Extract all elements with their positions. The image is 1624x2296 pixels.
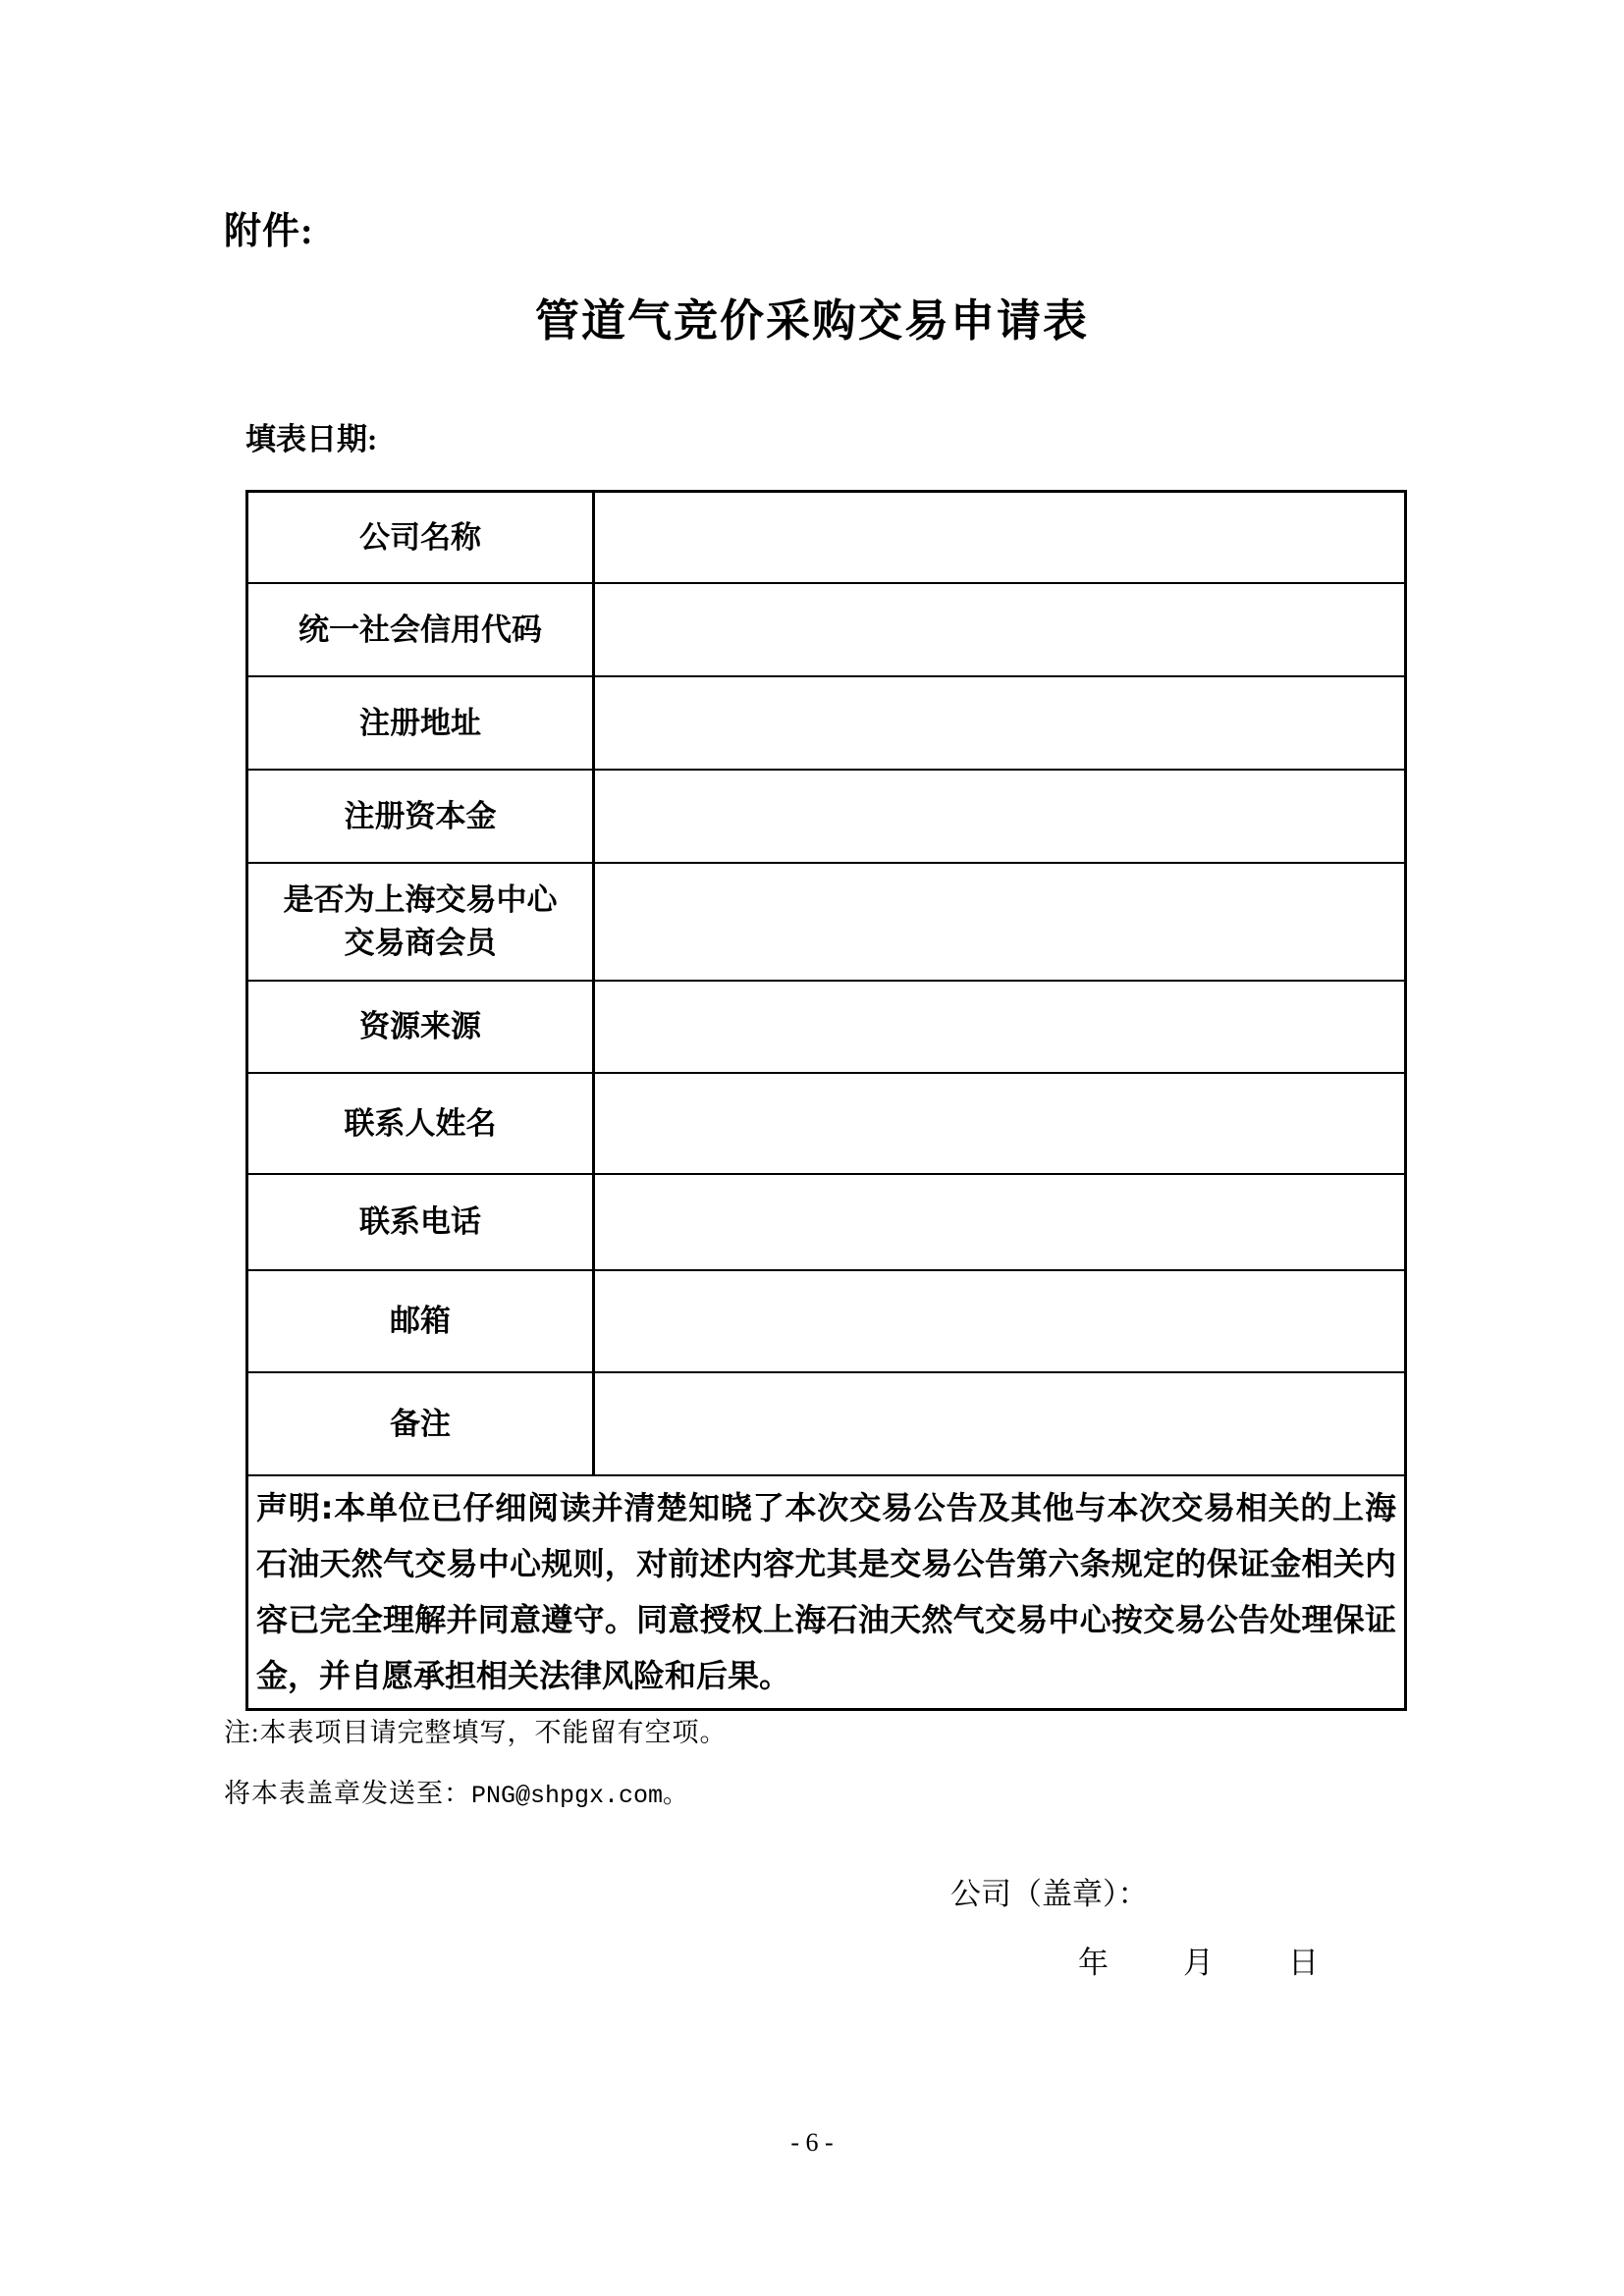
note-send-to-email: PNG@shpgx.com。 xyxy=(471,1782,687,1810)
registered-address-label: 注册地址 xyxy=(248,677,595,769)
date-day-label: 日 xyxy=(1288,1938,1319,1982)
application-form-table: 公司名称 统一社会信用代码 注册地址 注册资本金 是否为上海交易中心 交易商会员… xyxy=(245,490,1407,1711)
remarks-value xyxy=(595,1373,1404,1474)
resource-source-label: 资源来源 xyxy=(248,982,595,1072)
table-row-contact-name: 联系人姓名 xyxy=(248,1074,1404,1175)
fill-date-prefix: 填表 xyxy=(245,422,306,456)
table-row-registered-capital: 注册资本金 xyxy=(248,771,1404,864)
registered-capital-value xyxy=(595,771,1404,862)
company-name-value xyxy=(595,493,1404,582)
member-status-value xyxy=(595,864,1404,980)
contact-phone-value xyxy=(595,1175,1404,1269)
credit-code-value xyxy=(595,584,1404,675)
resource-source-value xyxy=(595,982,1404,1072)
email-label: 邮箱 xyxy=(248,1271,595,1371)
page-number: - 6 - xyxy=(0,2128,1624,2158)
document-title: 管道气竞价采购交易申请表 xyxy=(0,285,1624,348)
date-month-label: 月 xyxy=(1183,1938,1214,1982)
declaration-text: 声明:本单位已仔细阅读并清楚知晓了本次交易公告及其他与本次交易相关的上海石油天然… xyxy=(248,1476,1404,1708)
table-row-email: 邮箱 xyxy=(248,1271,1404,1373)
member-status-label: 是否为上海交易中心 交易商会员 xyxy=(248,864,595,980)
fill-date-suffix: 期: xyxy=(337,422,377,456)
registered-address-value xyxy=(595,677,1404,769)
table-row-remarks: 备注 xyxy=(248,1373,1404,1476)
attachment-label: 附件: xyxy=(224,200,314,254)
table-row-company-name: 公司名称 xyxy=(248,493,1404,584)
credit-code-label: 统一社会信用代码 xyxy=(248,584,595,675)
contact-name-label: 联系人姓名 xyxy=(248,1074,595,1173)
note-fill-completely: 注:本表项目请完整填写，不能留有空项。 xyxy=(224,1711,728,1749)
table-row-credit-code: 统一社会信用代码 xyxy=(248,584,1404,677)
table-row-member-status: 是否为上海交易中心 交易商会员 xyxy=(248,864,1404,982)
company-seal-label: 公司（盖章）： xyxy=(950,1869,1149,1913)
contact-phone-label: 联系电话 xyxy=(248,1175,595,1269)
fill-date-label: 填表日期: xyxy=(245,414,377,458)
note-send-to-prefix: 将本表盖章发送至： xyxy=(224,1779,471,1808)
table-row-resource-source: 资源来源 xyxy=(248,982,1404,1074)
contact-name-value xyxy=(595,1074,1404,1173)
remarks-label: 备注 xyxy=(248,1373,595,1474)
table-row-contact-phone: 联系电话 xyxy=(248,1175,1404,1271)
document-page: 附件: 管道气竞价采购交易申请表 填表日期: 公司名称 统一社会信用代码 注册地… xyxy=(0,0,1624,2296)
fill-date-emph: 日 xyxy=(306,422,337,457)
table-row-registered-address: 注册地址 xyxy=(248,677,1404,771)
email-value xyxy=(595,1271,1404,1371)
registered-capital-label: 注册资本金 xyxy=(248,771,595,862)
date-year-label: 年 xyxy=(1078,1938,1109,1982)
signature-date-line: 年 月 日 xyxy=(1078,1938,1319,1982)
company-name-label: 公司名称 xyxy=(248,493,595,582)
note-send-to: 将本表盖章发送至：PNG@shpgx.com。 xyxy=(224,1772,687,1810)
